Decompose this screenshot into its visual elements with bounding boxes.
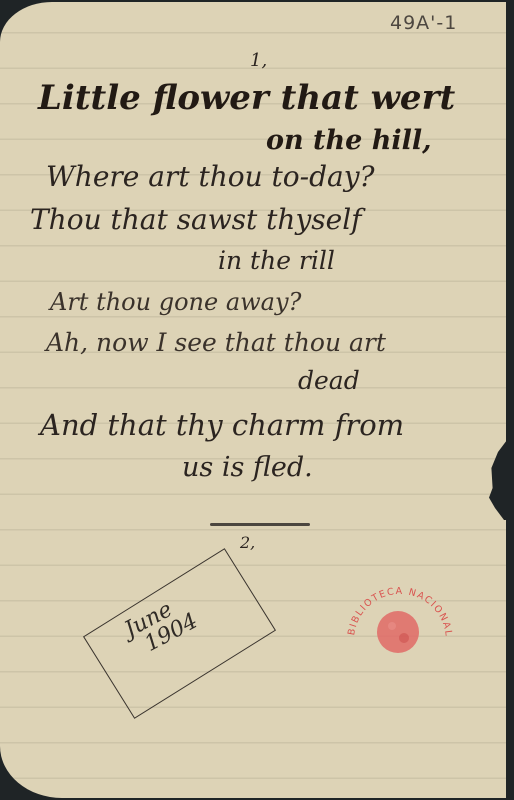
- scanned-page: 49A'-1 1, Little flower that wert on the…: [0, 0, 514, 800]
- catalog-number: 49A'-1: [390, 12, 457, 34]
- section-divider: [210, 523, 310, 526]
- poem-line-6: Art thou gone away?: [50, 288, 301, 316]
- poem-line-5: in the rill: [218, 246, 335, 275]
- poem-line-4: Thou that sawst thyself: [30, 203, 362, 236]
- section-marker-2: 2,: [240, 533, 255, 552]
- poem-line-7: Ah, now I see that thou art: [46, 328, 386, 357]
- poem-line-10: us is fled.: [182, 452, 313, 483]
- poem-line-8: dead: [298, 366, 360, 395]
- library-stamp-icon: BIBLIOTECA NACIONAL: [340, 568, 460, 688]
- poem-line-1: Little flower that wert: [38, 78, 455, 118]
- poem-line-2: on the hill,: [266, 125, 432, 156]
- section-marker-1: 1,: [250, 50, 267, 71]
- poem-line-3: Where art thou to-day?: [46, 160, 375, 193]
- poem-line-9: And that thy charm from: [40, 408, 404, 442]
